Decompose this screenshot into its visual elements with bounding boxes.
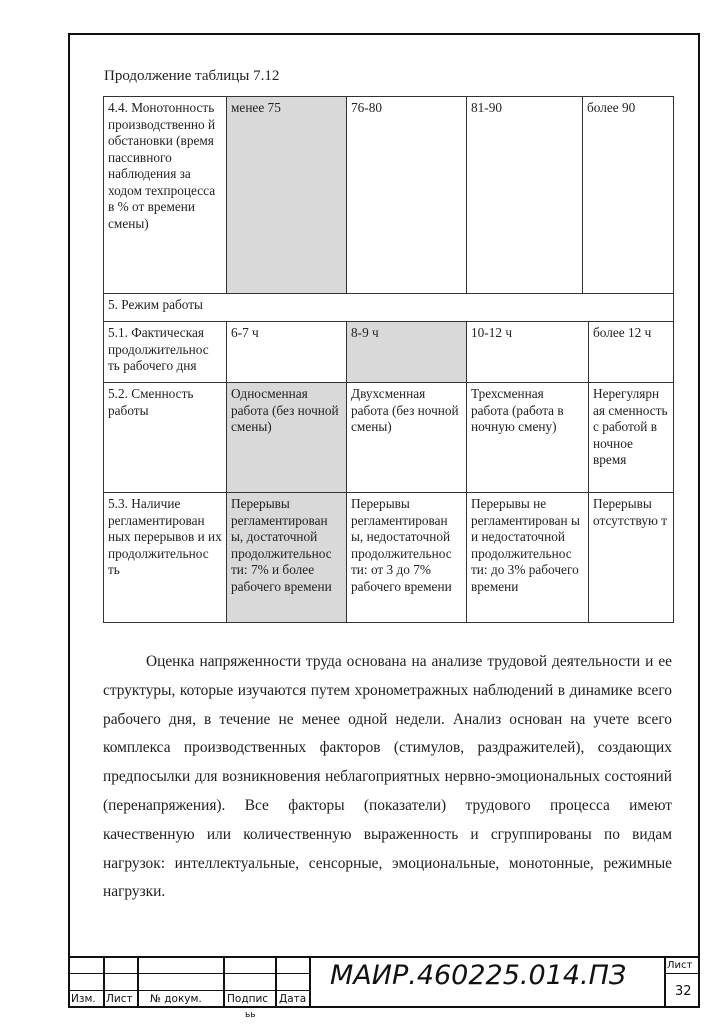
table-cell: более 90 <box>583 97 674 294</box>
stamp-label-sign-overflow: ьь <box>245 1010 256 1020</box>
sheet-label: Лист <box>667 960 692 971</box>
stamp-label-doc: № докум. <box>150 993 202 1005</box>
table-row: 5.3. Наличие регламентирован ных перерыв… <box>104 493 674 623</box>
stamp-col-line <box>223 956 225 1008</box>
table-cell: Трехсменная работа (работа в ночную смен… <box>467 383 589 493</box>
stamp-sheet-line <box>665 973 700 974</box>
stamp-col-line <box>137 956 139 1008</box>
body-paragraph: Оценка напряженности труда основана на а… <box>103 648 672 907</box>
stamp-col-line <box>103 956 105 1008</box>
table-cell: Односменная работа (без ночной смены) <box>227 383 347 493</box>
table-cell: Двухсменная работа (без ночной смены) <box>347 383 467 493</box>
row-label: 5.3. Наличие регламентирован ных перерыв… <box>104 493 227 623</box>
table-row: 4.4. Монотонность производственно й обст… <box>104 97 674 294</box>
table-cell: Нерегулярн ая сменность с работой в ночн… <box>589 383 674 493</box>
section-row: 5. Режим работы <box>104 294 674 322</box>
table-cell: 8-9 ч <box>347 322 467 383</box>
row-label: 4.4. Монотонность производственно й обст… <box>104 97 227 294</box>
stamp-label-date: Дата <box>279 993 306 1005</box>
table-caption: Продолжение таблицы 7.12 <box>104 68 279 85</box>
stamp-col-line <box>309 956 311 1008</box>
table-cell: Перерывы регламентирован ы, недостаточно… <box>347 493 467 623</box>
table-cell: 10-12 ч <box>467 322 589 383</box>
workload-table: 4.4. Монотонность производственно й обст… <box>103 96 674 322</box>
stamp-label-sign: Подпис <box>227 993 268 1005</box>
table-cell: Перерывы отсутствую т <box>589 493 674 623</box>
stamp-col-line <box>664 956 666 1008</box>
table-row: 5.1. Фактическая продолжительнос ть рабо… <box>104 322 674 383</box>
table-row: 5.2. Сменность работы Односменная работа… <box>104 383 674 493</box>
table-cell: Перерывы не регламентирован ы и недостат… <box>467 493 589 623</box>
table-cell: 81-90 <box>467 97 583 294</box>
document-code: МАИР.460225.014.ПЗ <box>330 960 660 991</box>
workload-table-section-5: 5.1. Фактическая продолжительнос ть рабо… <box>103 321 674 623</box>
table-cell: 76-80 <box>347 97 467 294</box>
paragraph-text: Оценка напряженности труда основана на а… <box>103 648 672 907</box>
stamp-col-line <box>275 956 277 1008</box>
stamp-top-line <box>68 956 700 958</box>
sheet-number: 32 <box>675 984 692 999</box>
table-cell: Перерывы регламентирован ы, достаточной … <box>227 493 347 623</box>
row-label: 5.1. Фактическая продолжительнос ть рабо… <box>104 322 227 383</box>
section-heading: 5. Режим работы <box>104 294 674 322</box>
stamp-label-list: Лист <box>106 993 133 1005</box>
table-cell: более 12 ч <box>589 322 674 383</box>
table-cell: 6-7 ч <box>227 322 347 383</box>
stamp-label-izm: Изм. <box>71 993 96 1005</box>
table-cell: менее 75 <box>227 97 347 294</box>
row-label: 5.2. Сменность работы <box>104 383 227 493</box>
